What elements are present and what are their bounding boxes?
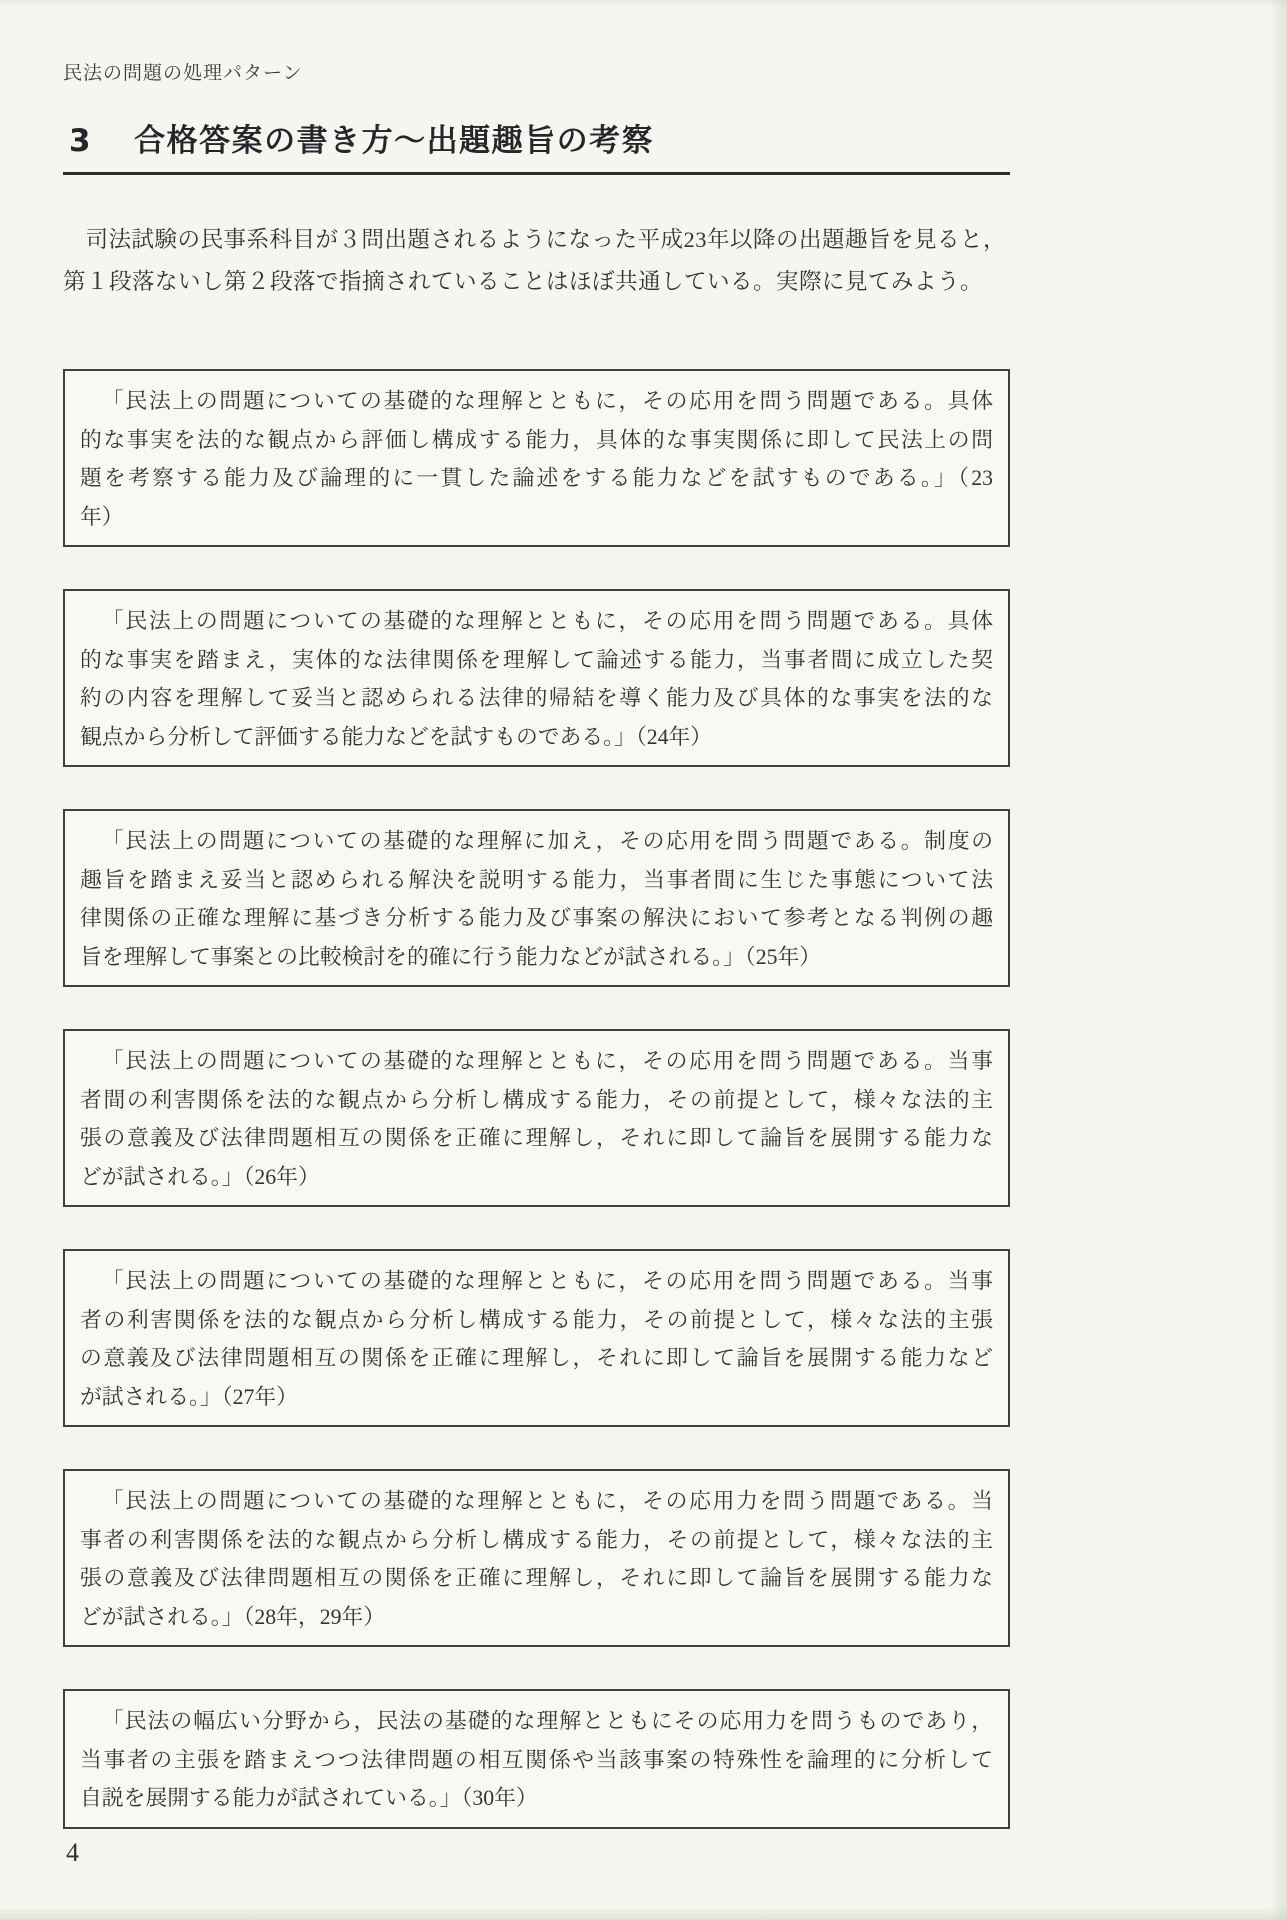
quote-line: 年） [80, 498, 993, 537]
quote-line: 「民法上の問題についての基礎的な理解とともに，その応用を問う問題である。具体 [80, 602, 993, 641]
quote-line: どが試される。」（28年，29年） [80, 1598, 993, 1637]
quote-box-25: 「民法上の問題についての基礎的な理解に加え，その応用を問う問題である。制度の 趣… [63, 809, 1010, 987]
scanned-book-page: 民法の問題の処理パターン 3 合格答案の書き方～出題趣旨の考察 司法試験の民事系… [0, 0, 1287, 1920]
quote-line: 張の意義及び法律問題相互の関係を正確に理解し，それに即して論旨を展開する能力な [80, 1119, 993, 1158]
quote-line: 「民法上の問題についての基礎的な理解とともに，その応用を問う問題である。具体 [80, 382, 993, 421]
quote-box-30: 「民法の幅広い分野から，民法の基礎的な理解とともにその応用力を問うものであり， … [63, 1689, 1010, 1829]
intro-line: 司法試験の民事系科目が３問出題されるようになった平成23年以降の出題趣旨を見ると… [63, 219, 1010, 261]
quote-line: 自説を展開する能力が試されている。」（30年） [80, 1779, 993, 1818]
quote-line: どが試される。」（26年） [80, 1158, 993, 1197]
quote-line: の意義及び法律問題相互の関係を正確に理解し，それに即して論旨を展開する能力など [80, 1339, 993, 1378]
quote-box-27: 「民法上の問題についての基礎的な理解とともに，その応用を問う問題である。当事 者… [63, 1249, 1010, 1427]
quote-line: 事者の利害関係を法的な観点から分析し構成する能力，その前提として，様々な法的主 [80, 1521, 993, 1560]
page-number: 4 [66, 1838, 79, 1868]
quote-box-23: 「民法上の問題についての基礎的な理解とともに，その応用を問う問題である。具体 的… [63, 369, 1010, 547]
intro-paragraph: 司法試験の民事系科目が３問出題されるようになった平成23年以降の出題趣旨を見ると… [63, 219, 1010, 303]
quote-line: 観点から分析して評価する能力などを試すものである。」（24年） [80, 718, 993, 757]
quote-line: 者の利害関係を法的な観点から分析し構成する能力，その前提として，様々な法的主張 [80, 1301, 993, 1340]
quote-box-28-29: 「民法上の問題についての基礎的な理解とともに，その応用力を問う問題である。当 事… [63, 1469, 1010, 1647]
quote-line: 「民法の幅広い分野から，民法の基礎的な理解とともにその応用力を問うものであり， [80, 1702, 993, 1741]
quote-line: 旨を理解して事案との比較検討を的確に行う能力などが試される。」（25年） [80, 938, 993, 977]
page-content: 民法の問題の処理パターン 3 合格答案の書き方～出題趣旨の考察 司法試験の民事系… [63, 58, 1010, 1829]
section-heading: 3 合格答案の書き方～出題趣旨の考察 [63, 115, 1010, 175]
quote-line: 的な事実を法的な観点から評価し構成する能力，具体的な事実関係に即して民法上の問 [80, 421, 993, 460]
quote-line: 「民法上の問題についての基礎的な理解とともに，その応用を問う問題である。当事 [80, 1262, 993, 1301]
running-header: 民法の問題の処理パターン [63, 58, 1010, 85]
quote-line: 「民法上の問題についての基礎的な理解に加え，その応用を問う問題である。制度の [80, 822, 993, 861]
quote-line: 当事者の主張を踏まえつつ法律問題の相互関係や当該事案の特殊性を論理的に分析して [80, 1741, 993, 1780]
quote-line: 趣旨を踏まえ妥当と認められる解決を説明する能力，当事者間に生じた事態について法 [80, 861, 993, 900]
quote-line: 約の内容を理解して妥当と認められる法律的帰結を導く能力及び具体的な事実を法的な [80, 679, 993, 718]
section-title: 合格答案の書き方～出題趣旨の考察 [134, 115, 654, 160]
quote-box-24: 「民法上の問題についての基礎的な理解とともに，その応用を問う問題である。具体 的… [63, 589, 1010, 767]
quote-line: 「民法上の問題についての基礎的な理解とともに，その応用力を問う問題である。当 [80, 1482, 993, 1521]
quote-line: 律関係の正確な理解に基づき分析する能力及び事案の解決において参考となる判例の趣 [80, 899, 993, 938]
quote-line: 「民法上の問題についての基礎的な理解とともに，その応用を問う問題である。当事 [80, 1042, 993, 1081]
quote-line: 張の意義及び法律問題相互の関係を正確に理解し，それに即して論旨を展開する能力な [80, 1559, 993, 1598]
section-number: 3 [69, 123, 92, 159]
quote-line: 者間の利害関係を法的な観点から分析し構成する能力，その前提として，様々な法的主 [80, 1081, 993, 1120]
quote-line: 的な事実を踏まえ，実体的な法律関係を理解して論述する能力，当事者間に成立した契 [80, 641, 993, 680]
quote-box-26: 「民法上の問題についての基礎的な理解とともに，その応用を問う問題である。当事 者… [63, 1029, 1010, 1207]
quote-line: が試される。」（27年） [80, 1378, 993, 1417]
intro-line: 第１段落ないし第２段落で指摘されていることはほぼ共通している。実際に見てみよう。 [63, 261, 1010, 303]
quote-line: 題を考察する能力及び論理的に一貫した論述をする能力などを試すものである。」（23 [80, 459, 993, 498]
